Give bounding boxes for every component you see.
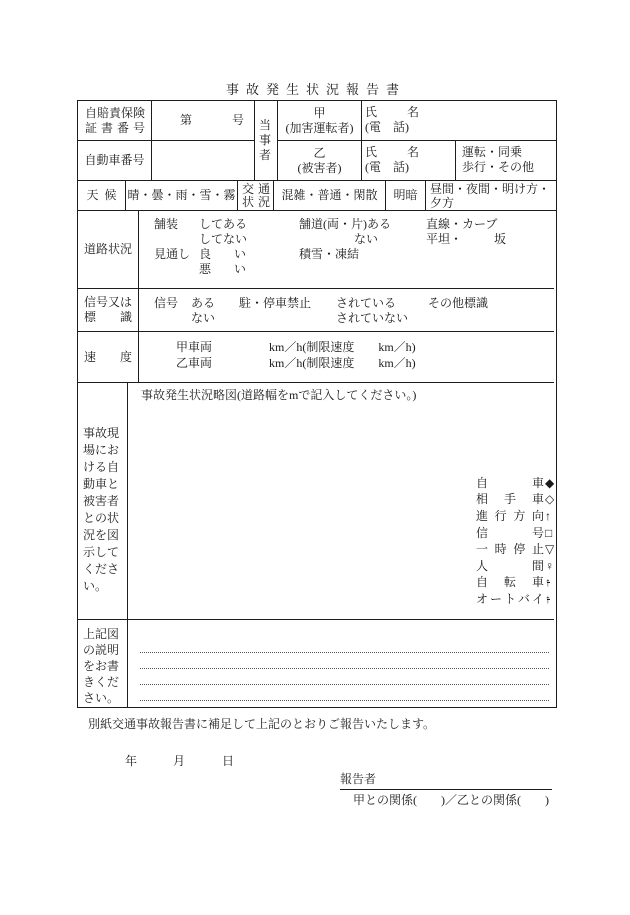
dotted-writing-line	[140, 668, 549, 669]
other-car-symbol: ◇	[545, 492, 554, 507]
diagram-content-cell: 事故発生状況略図(道路幅をmで記入してください。) 自車 ◆ 相手車 ◇ 進行方…	[128, 383, 554, 620]
speed-label: 速度	[84, 350, 132, 365]
legend-label: 自転車	[476, 575, 544, 590]
report-table: 自賠責保険 証書番号 第 号 当事者 甲 (加害運転者) 氏名 (電 話) 自動…	[77, 100, 557, 708]
parties-label: 当事者	[259, 118, 273, 163]
legend-item-stop: 一時停止 ▽	[476, 541, 572, 558]
diagram-side-label-cell: 事故現場における自動車と被害者との状況を図示してください。	[78, 383, 128, 620]
traffic-label-line2: 状況	[242, 196, 270, 209]
policy-no-suffix: 号	[232, 113, 244, 128]
legend-item-direction: 進行方向 ↑	[476, 508, 572, 525]
pavement-yes: してある	[199, 217, 247, 232]
road-label-cell: 道路状況	[78, 211, 139, 289]
reporter-signature-line: 報告者	[340, 770, 552, 790]
traffic-options-cell: 混雑・普通・閑散	[274, 181, 386, 211]
otsu-name-phone-cell: 氏名 (電 話)	[362, 141, 456, 181]
party-kou-code: 甲	[313, 106, 325, 121]
parties-label-cell: 当事者	[255, 101, 278, 181]
speed-otsu-value: km／h(制限速度 km／h)	[269, 356, 416, 371]
motorbike-symbol: ↑	[545, 592, 551, 607]
kou-phone-label: (電 話)	[365, 120, 556, 135]
legend-label: 相手車	[476, 492, 544, 507]
speed-kou-label: 甲車両	[176, 340, 212, 355]
closing-statement: 別紙交通事故報告書に補足して上記のとおりご報告いたします。	[88, 715, 435, 732]
road-label: 道路状況	[84, 242, 132, 257]
light-label-cell: 明暗	[386, 181, 426, 211]
direction-arrow-symbol: ↑	[545, 509, 551, 524]
signs-label-line2: 標識	[84, 310, 132, 325]
road-grade-left: 平坦・	[426, 232, 462, 247]
diagram-header: 事故発生状況略図(道路幅をmで記入してください。)	[141, 388, 416, 403]
pavement-no: してない	[199, 232, 247, 247]
legend-item-motorbike: オートバイ ↑	[476, 591, 572, 608]
weather-label: 天候	[87, 188, 117, 203]
signs-content-cell: 信号 ある ない 駐・停車禁止 されている されていない その他標識	[139, 289, 554, 332]
light-options-cell: 昼間・夜間・明け方・夕方	[426, 181, 556, 211]
traffic-label-cell: 交通 状況	[238, 181, 274, 211]
weather-options-cell: 晴・曇・雨・雪・霧	[126, 181, 238, 211]
road-content-cell: 舗装 してある してない 見通し 良い 悪い 舗道(両・片)ある ない 積雪・凍…	[139, 211, 554, 289]
party-otsu-code: 乙	[313, 146, 325, 161]
involvement-cell: 運転・同乗 歩行・その他	[456, 141, 556, 181]
diagram-side-label: 事故現場における自動車と被害者との状況を図示してください。	[83, 425, 123, 595]
light-label: 明暗	[393, 188, 417, 203]
signs-label-cell: 信号又は 標識	[78, 289, 139, 332]
legend-label: 信号	[476, 526, 544, 541]
involvement-line2: 歩行・その他	[462, 160, 556, 175]
weather-label-cell: 天候	[78, 181, 126, 211]
party-kou-cell: 甲 (加害運転者)	[278, 101, 362, 141]
speed-content-cell: 甲車両 km／h(制限速度 km／h) 乙車両 km／h(制限速度 km／h)	[139, 332, 554, 383]
explanation-side-label-cell: 上記図の説明をお書きください。	[78, 620, 128, 707]
person-symbol: ♀	[545, 559, 554, 574]
party-otsu-cell: 乙 (被害者)	[278, 141, 362, 181]
party-kou-role: (加害運転者)	[286, 121, 354, 136]
policy-number-label-cell: 自賠責保険 証書番号	[78, 101, 152, 141]
visibility-label: 見通し	[154, 247, 190, 262]
vehicle-number-label-cell: 自動車番号	[78, 141, 152, 181]
light-options: 昼間・夜間・明け方・夕方	[430, 182, 550, 210]
own-car-symbol: ◆	[545, 476, 554, 491]
legend-label: オートバイ	[476, 592, 544, 607]
legend-item-other-car: 相手車 ◇	[476, 492, 572, 509]
sidewalk-no: ない	[354, 232, 378, 247]
visibility-good: 良い	[199, 247, 246, 262]
relation-line: 甲との関係( )／乙との関係( )	[353, 791, 549, 808]
party-otsu-role: (被害者)	[298, 161, 342, 176]
legend-item-own-car: 自車 ◆	[476, 475, 572, 492]
other-signs: その他標識	[428, 296, 488, 311]
kou-name-label: 氏名	[365, 105, 419, 120]
diagram-legend: 自車 ◆ 相手車 ◇ 進行方向 ↑ 信号 □ 一時停止 ▽	[476, 475, 572, 608]
signal-no: ない	[191, 311, 215, 326]
explanation-side-label: 上記図の説明をお書きください。	[83, 626, 123, 706]
vehicle-number-label: 自動車番号	[84, 153, 144, 168]
otsu-name-label: 氏名	[365, 145, 419, 160]
bicycle-symbol: ↑	[545, 575, 551, 590]
signal-label: 信号	[154, 296, 178, 311]
kou-name-phone-cell: 氏名 (電 話)	[362, 101, 556, 141]
date-day-label: 日	[222, 752, 234, 769]
dotted-writing-line	[140, 700, 549, 701]
date-month-label: 月	[173, 752, 185, 769]
legend-item-signal: 信号 □	[476, 525, 572, 542]
parking-no: されていない	[336, 311, 408, 326]
legend-item-bicycle: 自転車 ↑	[476, 575, 572, 592]
sidewalk-yes: 舗道(両・片)ある	[299, 217, 391, 232]
legend-item-person: 人間 ♀	[476, 558, 572, 575]
traffic-options: 混雑・普通・閑散	[281, 188, 377, 203]
explanation-content-cell	[128, 620, 554, 707]
policy-no-prefix: 第	[180, 113, 192, 128]
visibility-bad: 悪い	[199, 262, 246, 277]
page-title: 事故発生状況報告書	[222, 79, 408, 101]
policy-label-line1: 自賠責保険	[85, 106, 145, 121]
parking-yes: されている	[336, 296, 396, 311]
reporter-label: 報告者	[340, 772, 376, 786]
speed-kou-value: km／h(制限速度 km／h)	[269, 340, 416, 355]
legend-label: 進行方向	[476, 509, 544, 524]
vehicle-number-value-cell	[152, 141, 255, 181]
dotted-writing-line	[140, 684, 549, 685]
date-year-label: 年	[125, 752, 137, 769]
signs-label-line1: 信号又は	[84, 295, 138, 310]
accident-report-document: 事故発生状況報告書 自賠責保険 証書番号 第 号 当事者 甲 (加害運転者) 氏…	[0, 0, 630, 915]
policy-number-blank: 第 号	[180, 113, 244, 128]
legend-label: 一時停止	[476, 542, 544, 557]
road-alignment: 直線・カーブ	[426, 217, 497, 232]
speed-otsu-label: 乙車両	[176, 356, 212, 371]
involvement-line1: 運転・同乗	[462, 145, 556, 160]
stop-symbol: ▽	[545, 542, 554, 557]
pavement-label: 舗装	[154, 217, 178, 232]
policy-number-value-cell: 第 号	[152, 101, 255, 141]
parking-label: 駐・停車禁止	[239, 296, 311, 311]
legend-label: 人間	[476, 559, 544, 574]
signal-symbol: □	[545, 526, 552, 541]
legend-label: 自車	[476, 476, 544, 491]
signal-yes: ある	[191, 296, 215, 311]
weather-options: 晴・曇・雨・雪・霧	[127, 188, 235, 203]
speed-label-cell: 速度	[78, 332, 139, 383]
otsu-phone-label: (電 話)	[365, 160, 455, 175]
snow-ice: 積雪・凍結	[299, 247, 359, 262]
dotted-writing-line	[140, 652, 549, 653]
policy-label-line2: 証書番号	[85, 121, 145, 136]
road-grade-right: 坂	[494, 232, 506, 247]
